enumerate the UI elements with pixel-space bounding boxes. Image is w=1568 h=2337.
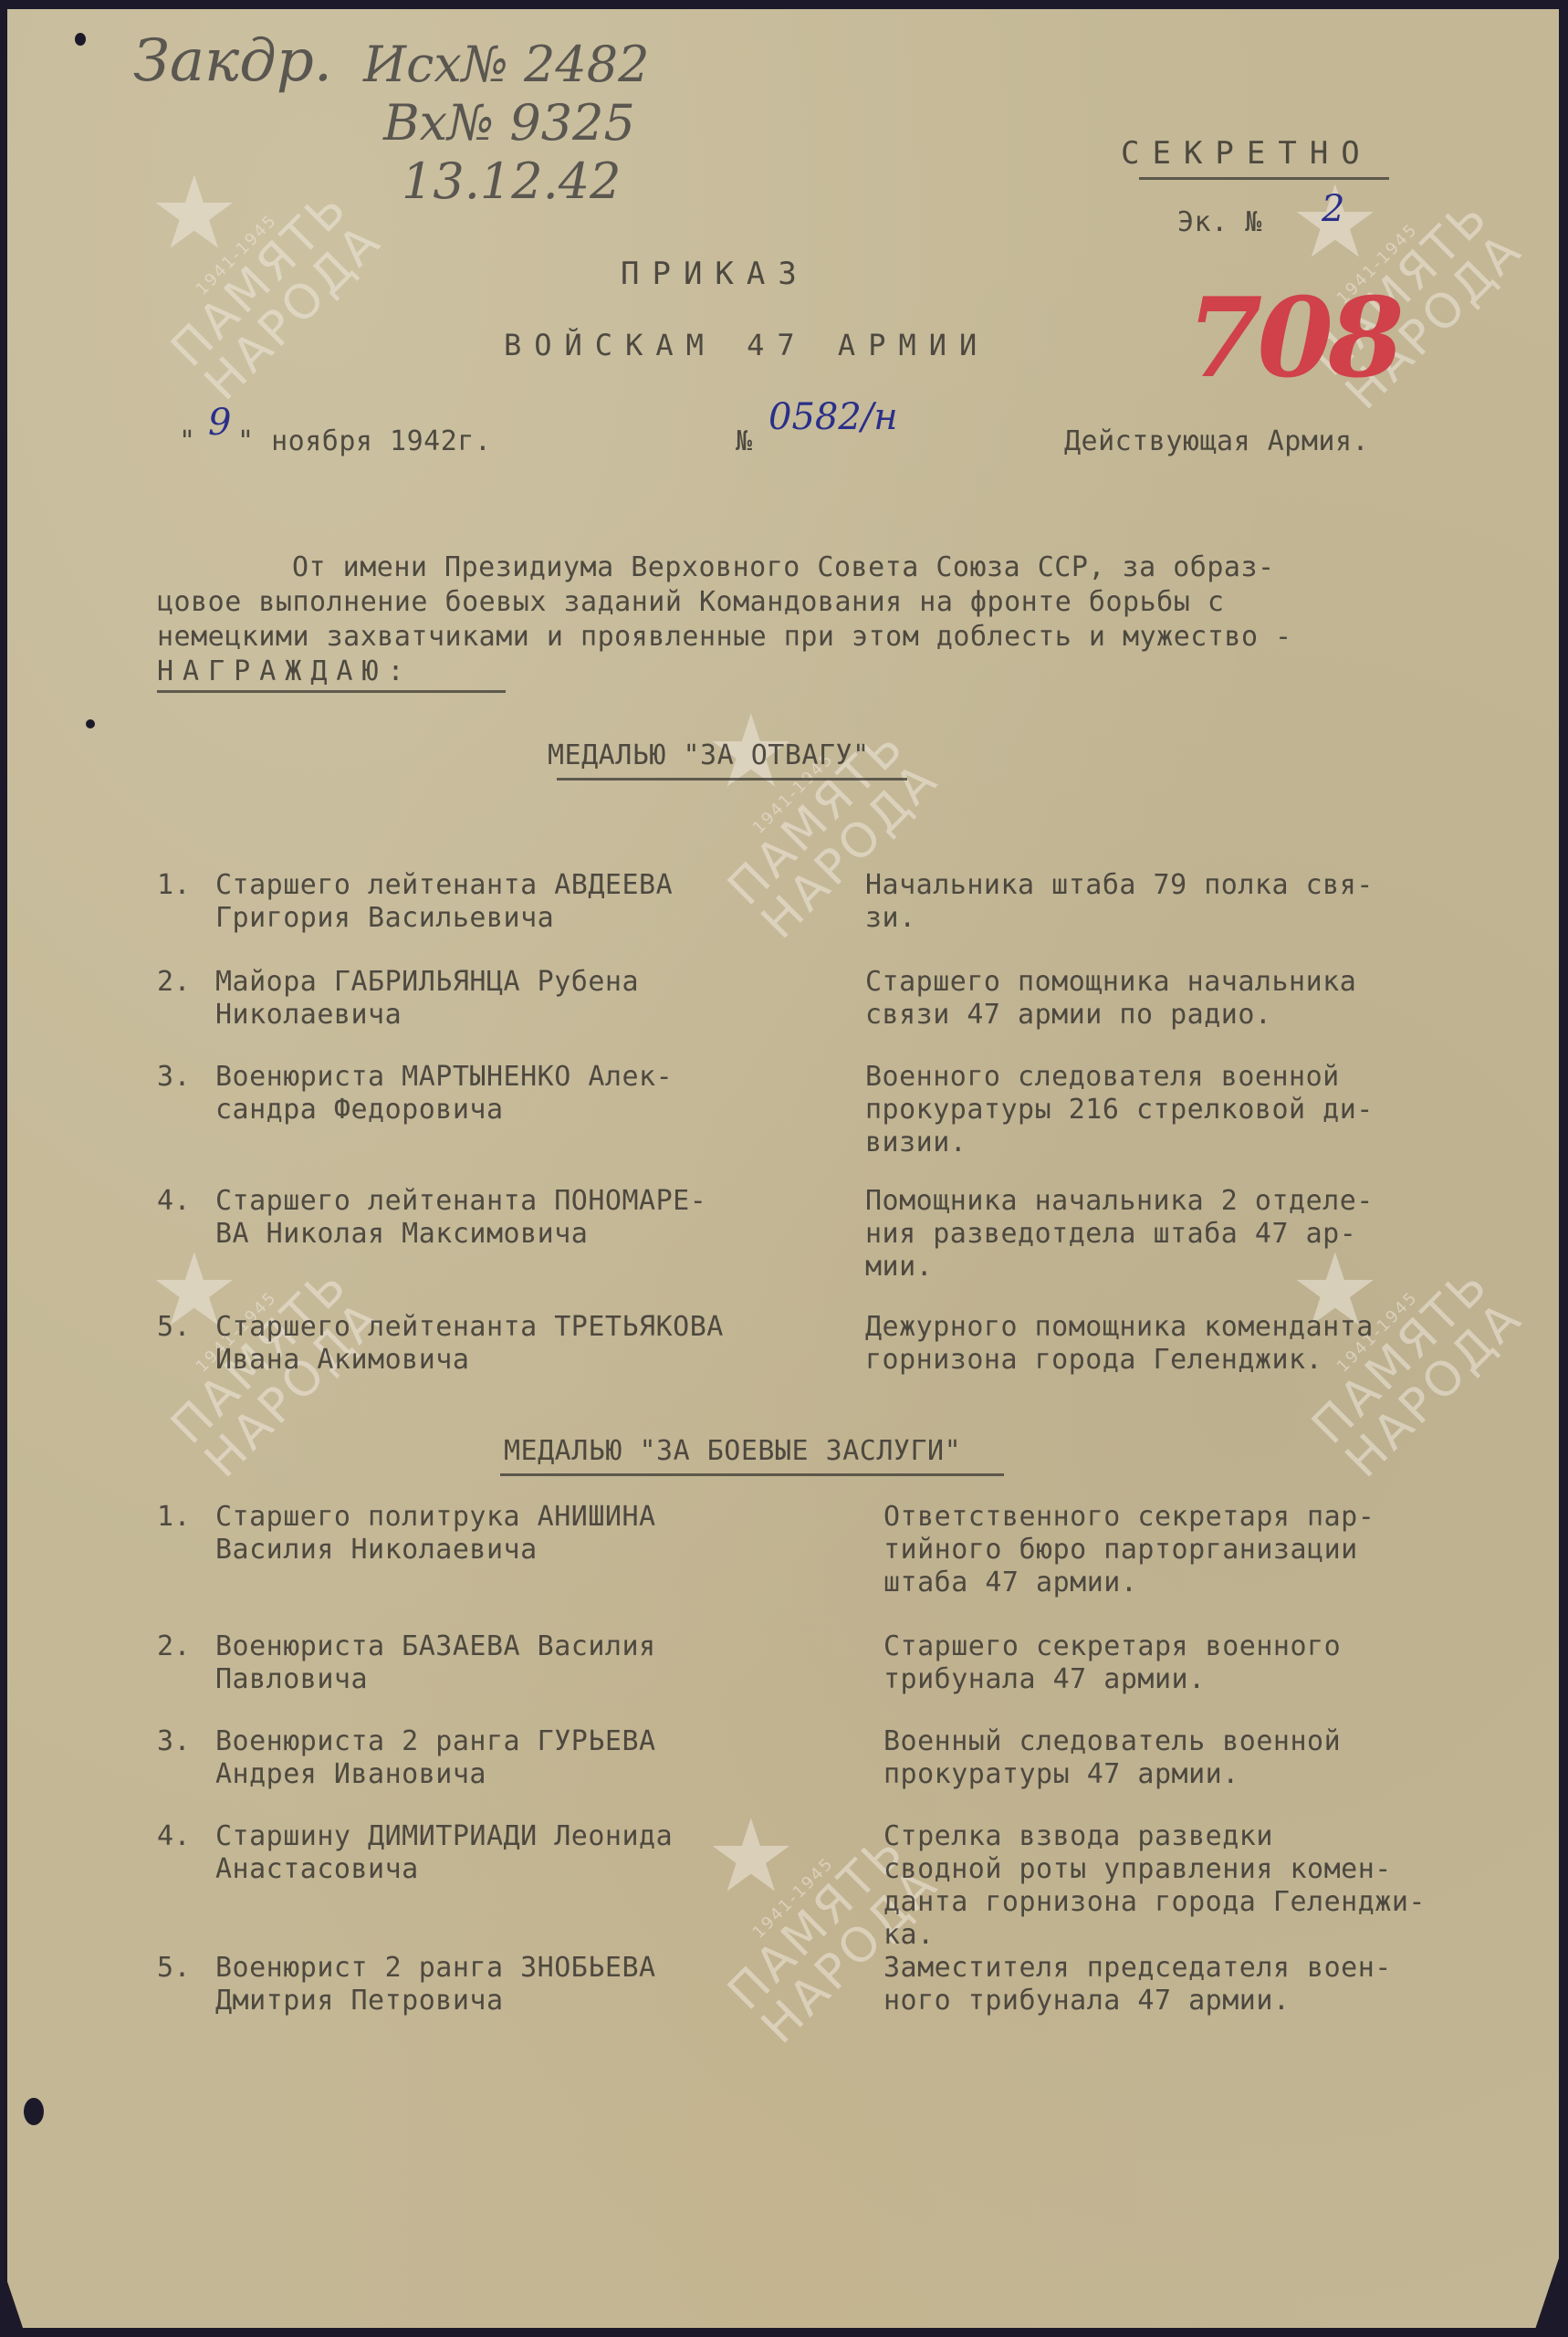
recipient-name-line-2: Дмитрия Петровича (215, 1985, 504, 2017)
recipient-position-line: Стрелка взвода разведки (883, 1820, 1273, 1853)
copy-number-value: 2 (1322, 188, 1344, 230)
recipient-name-line-2: Павловича (215, 1663, 368, 1696)
section-heading-underline (557, 778, 907, 781)
recipient-name-line-1: Старшего политрука АНИШИНА (215, 1501, 656, 1534)
recipient-position-line: Помощника начальника 2 отделе- (865, 1185, 1374, 1218)
order-subtitle: ВОЙСКАМ 47 АРМИИ (504, 329, 989, 362)
date-quote-open: " (179, 425, 196, 458)
recipient-name-line-2: Николаевича (215, 999, 402, 1032)
recipient-position-line: зи. (865, 902, 916, 935)
recipient-position-line: тийного бюро парторганизации (883, 1534, 1358, 1567)
award-verb: НАГРАЖДАЮ: (157, 655, 413, 688)
recipient-position-line: данта горнизона города Геленджи- (883, 1886, 1426, 1919)
recipient-position-line: ка. (883, 1919, 935, 1952)
recipient-position-line: Военный следователь военной (883, 1725, 1341, 1758)
entry-number: 5. (157, 1952, 191, 1985)
recipient-name-line-2: сандра Федоровича (215, 1094, 504, 1127)
preamble-line-3: немецкими захватчиками и проявленные при… (157, 621, 1292, 654)
registry-number-red: 708 (1186, 274, 1399, 403)
recipient-position-line: Старшего секретаря военного (883, 1630, 1341, 1663)
recipient-name-line-2: ВА Николая Максимовича (215, 1218, 588, 1251)
entry-number: 5. (157, 1311, 191, 1344)
entry-number: 3. (157, 1725, 191, 1758)
copy-number-label: Эк. № (1177, 206, 1262, 239)
entry-number: 4. (157, 1185, 191, 1218)
archive-outgoing-number: Исх№ 2482 (363, 38, 649, 91)
recipient-name-line-1: Военюриста МАРТЫНЕНКО Алек- (215, 1061, 673, 1094)
award-verb-underline (157, 690, 506, 693)
entry-number: 2. (157, 1630, 191, 1663)
archive-date: 13.12.42 (402, 155, 621, 208)
recipient-position-line: Военного следователя военной (865, 1061, 1340, 1094)
date-day-handwritten: 9 (208, 402, 231, 444)
recipient-name-line-1: Старшину ДИМИТРИАДИ Леонида (215, 1820, 673, 1853)
recipient-name-line-2: Григория Васильевича (215, 902, 554, 935)
archive-pencil-label: Закдр. (133, 35, 332, 88)
recipient-position-line: ния разведотдела штаба 47 ар- (865, 1218, 1356, 1251)
recipient-position-line: Заместителя председателя воен- (883, 1952, 1392, 1985)
order-title: ПРИКАЗ (621, 257, 810, 290)
recipient-position-line: Начальника штаба 79 полка свя- (865, 869, 1374, 902)
section-heading-underline (500, 1473, 1004, 1476)
recipient-position-line: визии. (865, 1127, 967, 1159)
recipient-position-line: горнизона города Геленджик. (865, 1344, 1322, 1377)
entry-number: 2. (157, 966, 191, 999)
recipient-name-line-1: Военюриста 2 ранга ГУРЬЕВА (215, 1725, 656, 1758)
recipient-name-line-1: Старшего лейтенанта ТРЕТЬЯКОВА (215, 1311, 724, 1344)
recipient-position-line: Старшего помощника начальника (865, 966, 1356, 999)
entry-number: 1. (157, 1501, 191, 1534)
recipient-position-line: трибунала 47 армии. (883, 1663, 1206, 1696)
order-number-handwritten: 0582/н (768, 396, 898, 438)
recipient-name-line-2: Ивана Акимовича (215, 1344, 469, 1377)
punch-hole (75, 33, 86, 46)
recipient-position-line: сводной роты управления комен- (883, 1853, 1392, 1886)
recipient-position-line: прокуратуры 47 армии. (883, 1758, 1239, 1791)
recipient-position-line: ного трибунала 47 армии. (883, 1985, 1290, 2017)
recipient-position-line: прокуратуры 216 стрелковой ди- (865, 1094, 1374, 1127)
date-month-year: " ноября 1942г. (237, 425, 491, 458)
recipient-name-line-1: Военюриста БАЗАЕВА Василия (215, 1630, 656, 1663)
entry-number: 1. (157, 869, 191, 902)
recipient-name-line-1: Майора ГАБРИЛЬЯНЦА Рубена (215, 966, 639, 999)
classification-stamp: СЕКРЕТНО (1121, 137, 1373, 170)
recipient-position-line: штаба 47 армии. (883, 1567, 1137, 1599)
preamble-line-2: цовое выполнение боевых заданий Командов… (157, 586, 1224, 619)
recipient-name-line-2: Анастасовича (215, 1853, 419, 1886)
entry-number: 3. (157, 1061, 191, 1094)
classification-underline (1139, 177, 1389, 180)
recipient-name-line-2: Василия Николаевича (215, 1534, 538, 1567)
recipient-name-line-1: Военюрист 2 ранга ЗНОБЬЕВА (215, 1952, 656, 1985)
recipient-position-line: связи 47 армии по радио. (865, 999, 1271, 1032)
recipient-position-line: Ответственного секретаря пар- (883, 1501, 1375, 1534)
recipient-position-line: Дежурного помощника коменданта (865, 1311, 1374, 1344)
section-heading-za-boevye-zaslugi: МЕДАЛЬЮ "ЗА БОЕВЫЕ ЗАСЛУГИ" (504, 1435, 961, 1468)
recipient-name-line-1: Старшего лейтенанта ПОНОМАРЕ- (215, 1185, 706, 1218)
preamble-line-1: От имени Президиума Верховного Совета Со… (292, 551, 1275, 584)
recipient-name-line-2: Андрея Ивановича (215, 1758, 486, 1791)
archive-incoming-number: Вх№ 9325 (383, 97, 635, 150)
entry-number: 4. (157, 1820, 191, 1853)
punch-hole (86, 719, 95, 728)
order-number-prefix: № (736, 425, 753, 458)
section-heading-za-otvagu: МЕДАЛЬЮ "ЗА ОТВАГУ" (548, 739, 870, 772)
recipient-name-line-1: Старшего лейтенанта АВДЕЕВА (215, 869, 673, 902)
location: Действующая Армия. (1064, 425, 1369, 458)
punch-hole (24, 2098, 44, 2125)
recipient-position-line: мии. (865, 1251, 933, 1284)
